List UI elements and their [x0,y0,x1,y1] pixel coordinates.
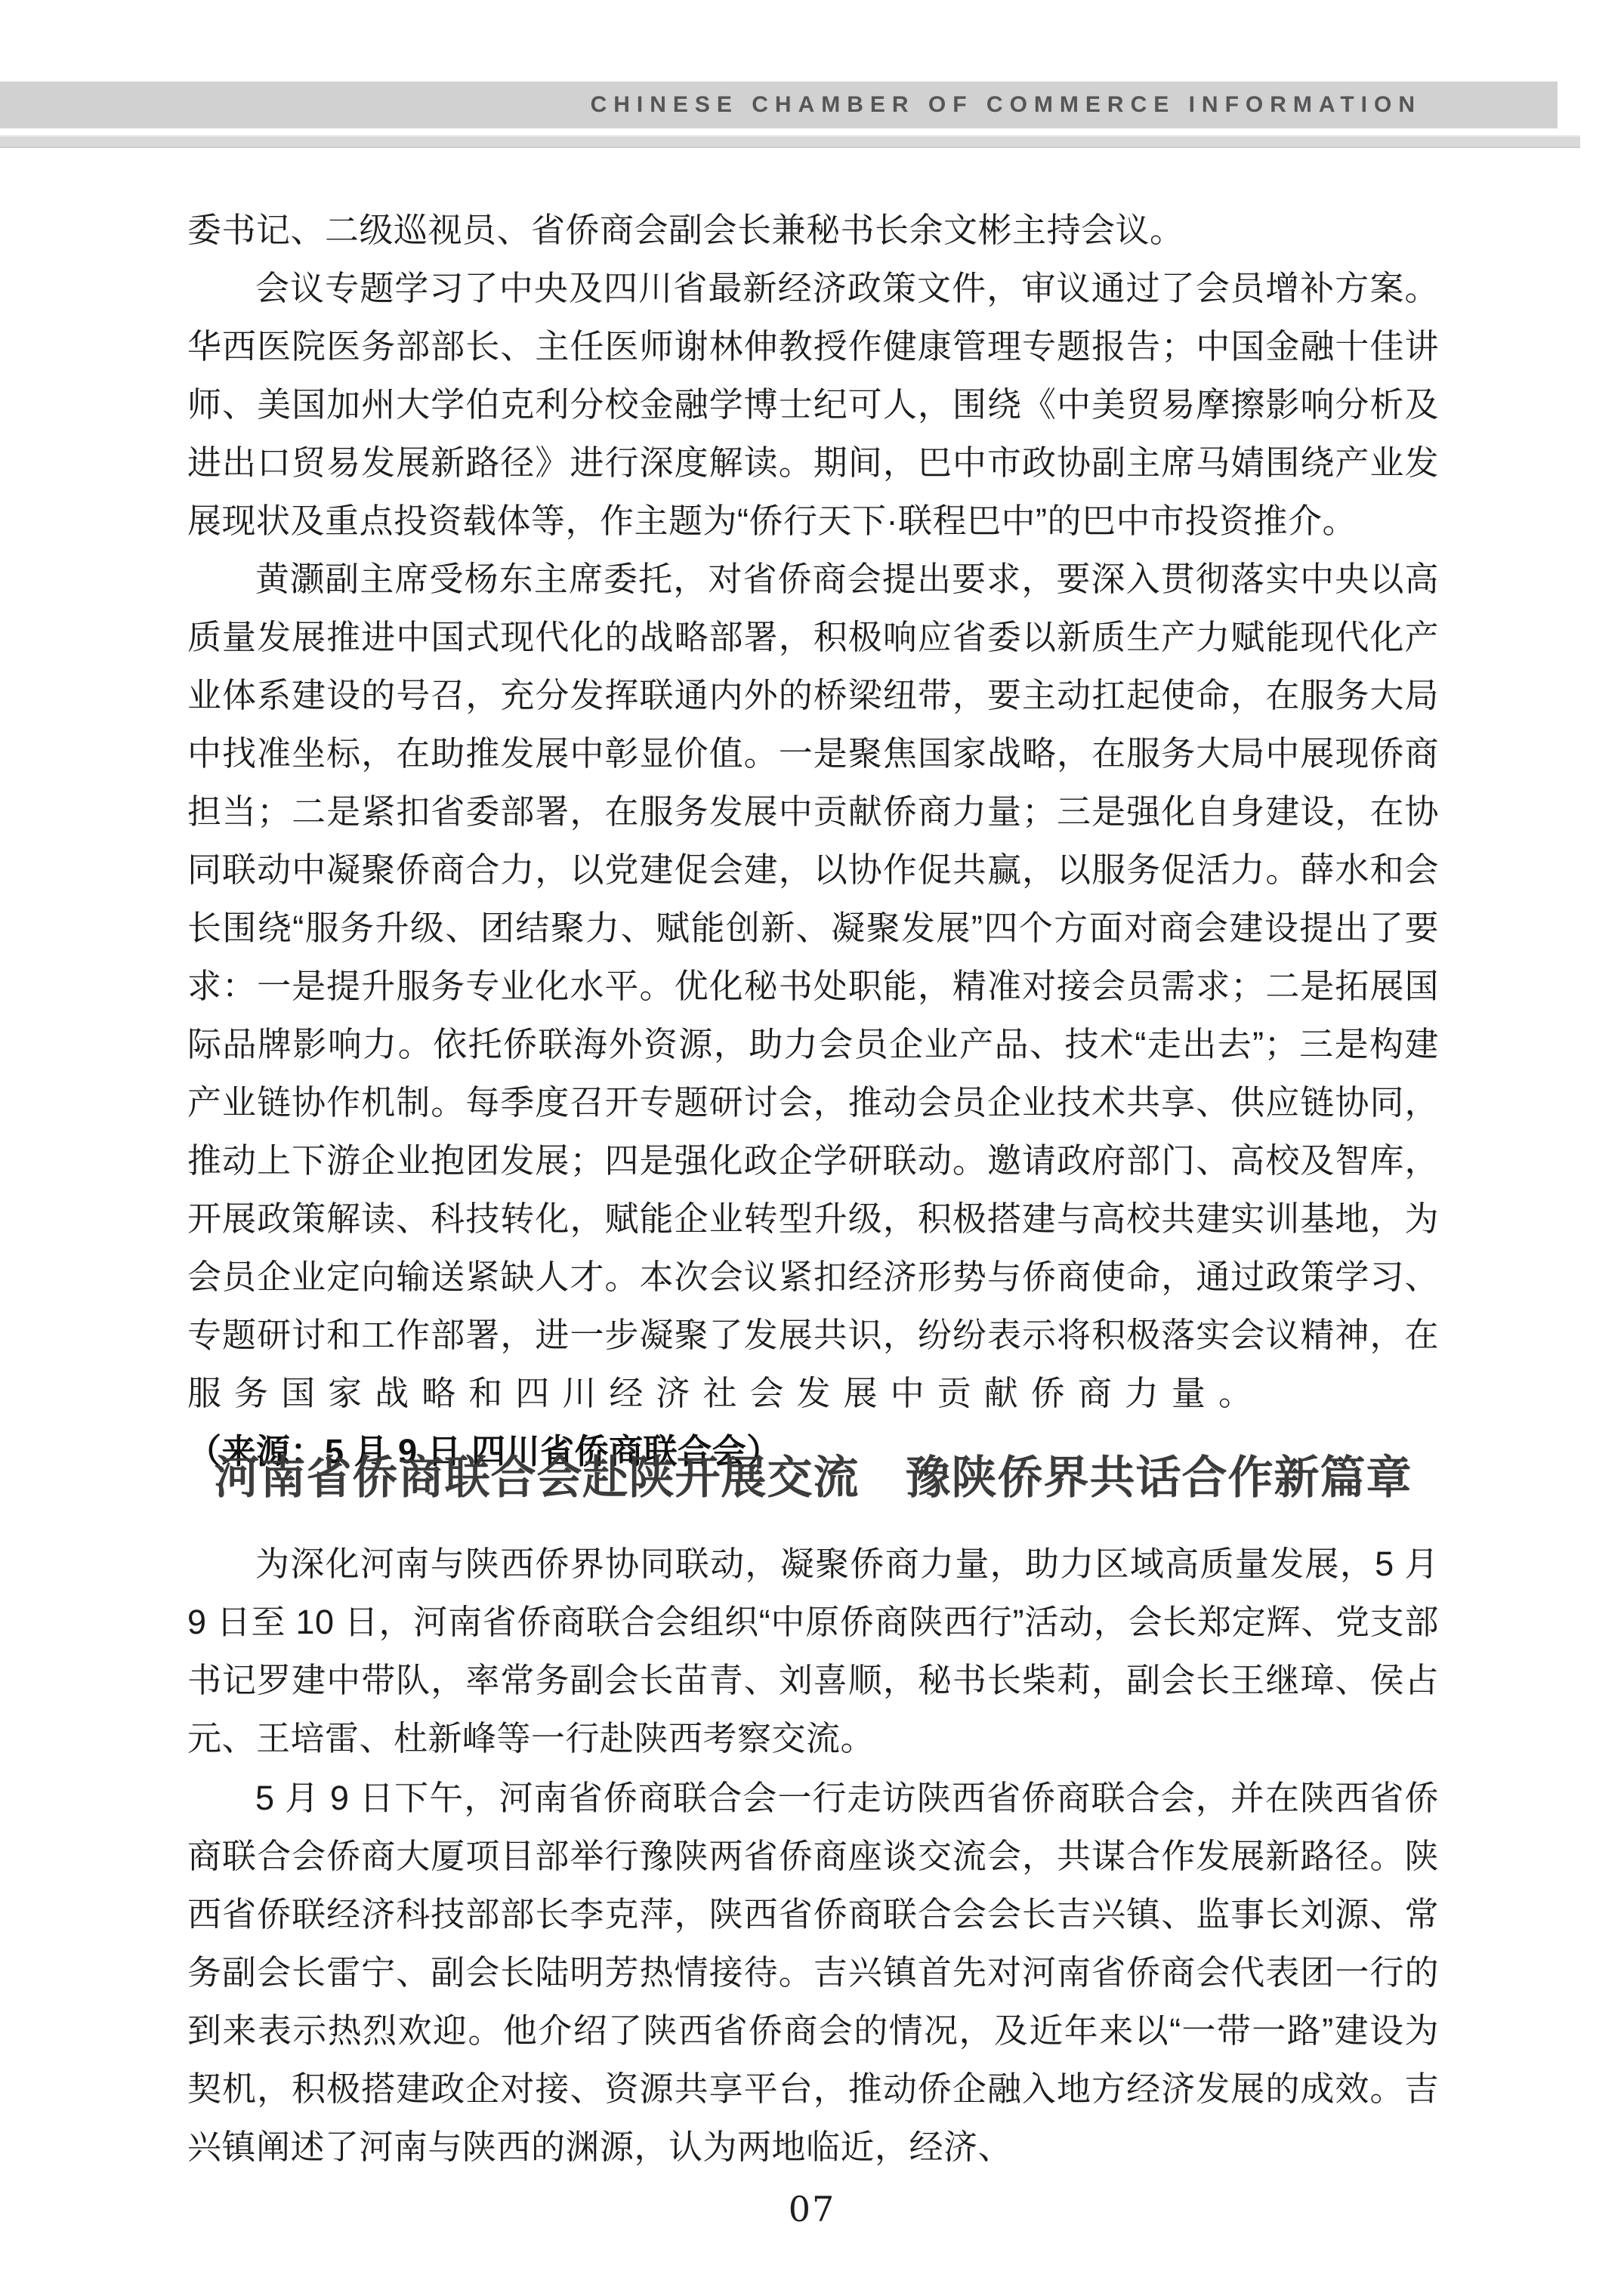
article-2-paragraph-1: 为深化河南与陕西侨界协同联动，凝聚侨商力量，助力区域高质量发展，5 月 9 日至… [187,1535,1439,1767]
source-spacer [1265,1404,1439,1405]
article-2-paragraph-2: 5 月 9 日下午，河南省侨商联合会一行走访陕西省侨商联合会，并在陕西省侨商联合… [187,1769,1439,2176]
header-banner: CHINESE CHAMBER OF COMMERCE INFORMATION [0,82,1558,128]
article-1-paragraph-2: 黄灏副主席受杨东主席委托，对省侨商会提出要求，要深入贯彻落实中央以高质量发展推进… [187,550,1439,1480]
article-1-paragraph-continuation: 委书记、二级巡视员、省侨商会副会长兼秘书长余文彬主持会议。 [187,201,1439,259]
document-page: { "header": { "banner_text": "CHINESE CH… [0,0,1624,2293]
article-2-title: 河南省侨商联合会赴陕开展交流 豫陕侨界共话合作新篇章 [187,1448,1439,1508]
paragraph-text: 黄灏副主席受杨东主席委托，对省侨商会提出要求，要深入贯彻落实中央以高质量发展推进… [187,560,1439,1412]
article-1-paragraph-1: 会议专题学习了中央及四川省最新经济政策文件，审议通过了会员增补方案。华西医院医务… [187,259,1439,550]
paragraph: 5 月 9 日下午，河南省侨商联合会一行走访陕西省侨商联合会，并在陕西省侨商联合… [187,1769,1439,2176]
page-number: 07 [0,2189,1624,2230]
header-divider-strip [0,135,1580,148]
paragraph: 委书记、二级巡视员、省侨商会副会长兼秘书长余文彬主持会议。 [187,201,1439,259]
paragraph: 黄灏副主席受杨东主席委托，对省侨商会提出要求，要深入贯彻落实中央以高质量发展推进… [187,550,1439,1480]
paragraph: 为深化河南与陕西侨界协同联动，凝聚侨商力量，助力区域高质量发展，5 月 9 日至… [187,1535,1439,1767]
paragraph: 会议专题学习了中央及四川省最新经济政策文件，审议通过了会员增补方案。华西医院医务… [187,259,1439,550]
header-banner-text: CHINESE CHAMBER OF COMMERCE INFORMATION [591,82,1422,128]
